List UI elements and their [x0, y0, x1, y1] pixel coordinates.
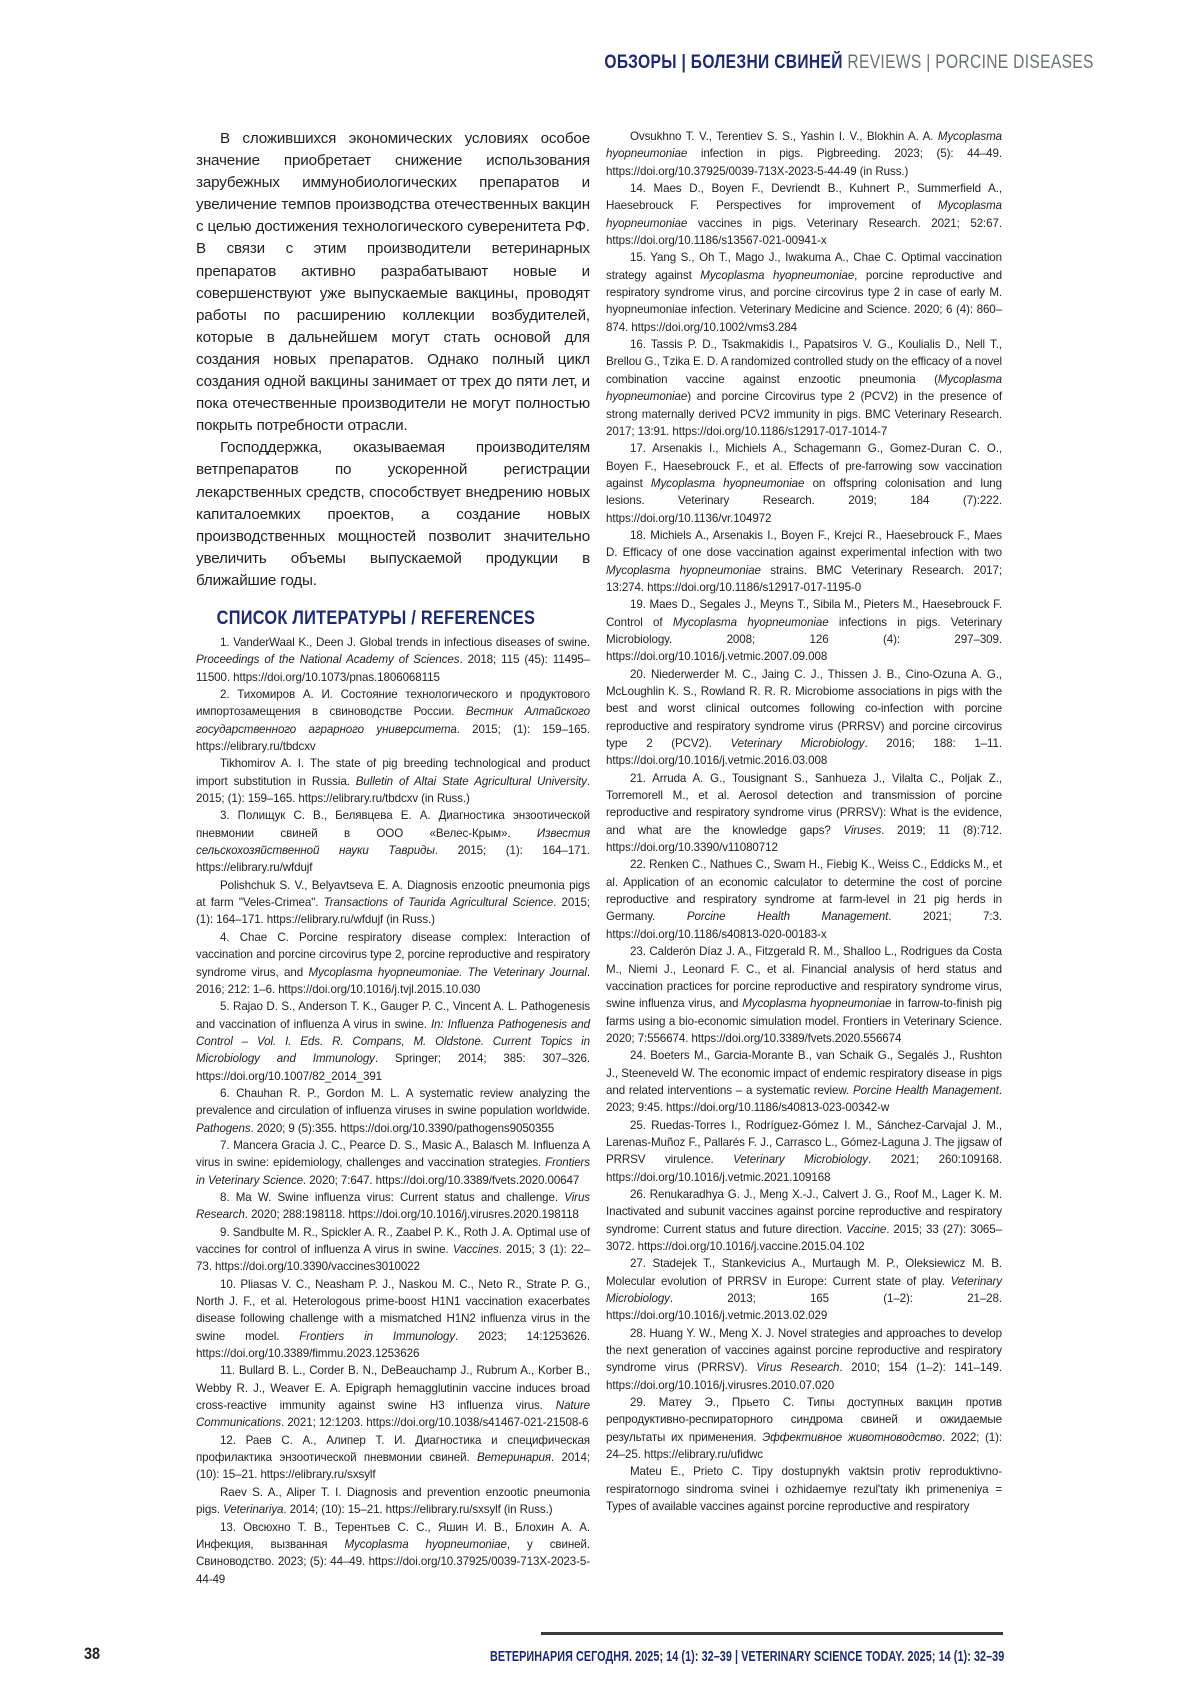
reference-item: 27. Stadejek T., Stankevicius A., Murtau…	[606, 1255, 1002, 1324]
reference-text: 18. Michiels A., Arsenakis I., Boyen F.,…	[606, 529, 1002, 559]
reference-source: Transactions of Taurida Agricultural Sci…	[324, 896, 553, 909]
reference-item: 22. Renken C., Nathues C., Swam H., Fieb…	[606, 856, 1002, 943]
reference-source: Viruses	[843, 824, 881, 837]
reference-item: Raev S. A., Aliper T. I. Diagnosis and p…	[196, 1484, 590, 1519]
reference-source: Veterinariya	[223, 1503, 283, 1516]
reference-source: Mycoplasma hyopneumoniae. The Veterinary…	[308, 966, 586, 979]
footer-divider	[541, 1632, 1003, 1635]
reference-item: 28. Huang Y. W., Meng X. J. Novel strate…	[606, 1325, 1002, 1394]
reference-source: Veterinary Microbiology	[733, 1153, 868, 1166]
reference-source: Vaccines	[453, 1243, 499, 1256]
left-column: В сложившихся экономических условиях осо…	[196, 128, 590, 1588]
reference-item: 11. Bullard B. L., Corder B. N., DeBeauc…	[196, 1362, 590, 1431]
page-number: 38	[84, 1644, 100, 1664]
reference-source: Mycoplasma hyopneumoniae	[700, 269, 854, 282]
journal-citation: ВЕТЕРИНАРИЯ СЕГОДНЯ. 2025; 14 (1): 32–39…	[490, 1648, 1004, 1665]
reference-item: Mateu E., Prieto C. Tipy dostupnykh vakt…	[606, 1463, 1002, 1515]
reference-source: Mycoplasma hyopneumoniae	[673, 616, 829, 629]
reference-text: 6. Chauhan R. P., Gordon M. L. A systema…	[196, 1087, 590, 1117]
reference-list-right: Ovsukhno T. V., Terentiev S. S., Yashin …	[606, 128, 1002, 1516]
running-head-en: REVIEWS | PORCINE DISEASES	[848, 52, 1094, 73]
reference-details: . 2021; 12:1203. https://doi.org/10.1038…	[281, 1416, 588, 1429]
reference-item: Polishchuk S. V., Belyavtseva E. A. Diag…	[196, 877, 590, 929]
reference-details: . 2020; 288:198118. https://doi.org/10.1…	[245, 1208, 579, 1221]
reference-item: 26. Renukaradhya G. J., Meng X.-J., Calv…	[606, 1186, 1002, 1255]
reference-item: 3. Полищук С. В., Белявцева Е. А. Диагно…	[196, 807, 590, 876]
reference-source: Mycoplasma hyopneumoniae	[742, 997, 891, 1010]
reference-text: Ovsukhno T. V., Terentiev S. S., Yashin …	[630, 130, 938, 143]
reference-source: Mycoplasma hyopneumoniae	[345, 1538, 507, 1551]
reference-item: 4. Chae C. Porcine respiratory disease c…	[196, 929, 590, 998]
reference-text: 27. Stadejek T., Stankevicius A., Murtau…	[606, 1257, 1002, 1287]
running-head: ОБЗОРЫ | БОЛЕЗНИ СВИНЕЙ REVIEWS | PORCIN…	[605, 52, 1094, 74]
reference-source: Vaccine	[846, 1223, 886, 1236]
reference-item: 24. Boeters M., Garcia-Morante B., van S…	[606, 1047, 1002, 1116]
reference-details: . 2014; (10): 15–21. https://elibrary.ru…	[283, 1503, 552, 1516]
reference-item: 20. Niederwerder M. C., Jaing C. J., Thi…	[606, 666, 1002, 770]
reference-item: 2. Тихомиров А. И. Состояние технологиче…	[196, 686, 590, 755]
reference-item: 6. Chauhan R. P., Gordon M. L. A systema…	[196, 1085, 590, 1137]
reference-list-left: 1. VanderWaal K., Deen J. Global trends …	[196, 634, 590, 1588]
reference-item: 29. Матеу Э., Прьето С. Типы доступных в…	[606, 1394, 1002, 1463]
reference-details: . 2020; 7:647. https://doi.org/10.3389/f…	[303, 1174, 579, 1187]
reference-item: 12. Раев С. А., Алипер Т. И. Диагностика…	[196, 1432, 590, 1484]
reference-item: 9. Sandbulte M. R., Spickler A. R., Zaab…	[196, 1224, 590, 1276]
reference-source: Эффективное животноводство	[762, 1431, 942, 1444]
reference-text: 3. Полищук С. В., Белявцева Е. А. Диагно…	[196, 809, 590, 839]
reference-text: Mateu E., Prieto C. Tipy dostupnykh vakt…	[606, 1465, 1002, 1513]
reference-source: Pathogens	[196, 1122, 251, 1135]
reference-item: Ovsukhno T. V., Terentiev S. S., Yashin …	[606, 128, 1002, 180]
reference-source: Proceedings of the National Academy of S…	[196, 653, 459, 666]
reference-item: 10. Pliasas V. C., Neasham P. J., Naskou…	[196, 1276, 590, 1363]
reference-source: Frontiers in Immunology	[299, 1330, 455, 1343]
reference-item: 16. Tassis P. D., Tsakmakidis I., Papats…	[606, 336, 1002, 440]
body-paragraph: Господдержка, оказываемая производителям…	[196, 437, 590, 592]
reference-source: Porcine Health Management	[853, 1084, 999, 1097]
references-heading: СПИСОК ЛИТЕРАТУРЫ / REFERENCES	[196, 608, 535, 630]
body-text: В сложившихся экономических условиях осо…	[196, 128, 590, 592]
running-head-ru: ОБЗОРЫ | БОЛЕЗНИ СВИНЕЙ	[605, 52, 843, 73]
reference-item: 1. VanderWaal K., Deen J. Global trends …	[196, 634, 590, 686]
reference-source: Mycoplasma hyopneumoniae	[651, 477, 804, 490]
reference-item: 14. Maes D., Boyen F., Devriendt B., Kuh…	[606, 180, 1002, 249]
reference-item: 19. Maes D., Segales J., Meyns T., Sibil…	[606, 596, 1002, 665]
reference-source: Porcine Health Management	[687, 910, 888, 923]
reference-item: 15. Yang S., Oh T., Mago J., Iwakuma A.,…	[606, 249, 1002, 336]
right-column: Ovsukhno T. V., Terentiev S. S., Yashin …	[606, 128, 1002, 1516]
reference-item: 5. Rajao D. S., Anderson T. K., Gauger P…	[196, 998, 590, 1085]
reference-item: 25. Ruedas-Torres I., Rodríguez-Gómez I.…	[606, 1117, 1002, 1186]
reference-text: 7. Mancera Gracia J. C., Pearce D. S., M…	[196, 1139, 590, 1169]
reference-item: 18. Michiels A., Arsenakis I., Boyen F.,…	[606, 527, 1002, 596]
reference-source: Mycoplasma hyopneumoniae	[606, 564, 761, 577]
reference-source: Ветеринария	[477, 1451, 551, 1464]
reference-text: 8. Ma W. Swine influenza virus: Current …	[220, 1191, 564, 1204]
reference-item: 7. Mancera Gracia J. C., Pearce D. S., M…	[196, 1137, 590, 1189]
reference-source: Bulletin of Altai State Agricultural Uni…	[356, 775, 587, 788]
reference-details: . 2020; 9 (5):355. https://doi.org/10.33…	[251, 1122, 555, 1135]
reference-text: 11. Bullard B. L., Corder B. N., DeBeauc…	[196, 1364, 590, 1412]
reference-item: Tikhomirov A. I. The state of pig breedi…	[196, 755, 590, 807]
reference-item: 17. Arsenakis I., Michiels A., Schageman…	[606, 440, 1002, 527]
reference-text: 1. VanderWaal K., Deen J. Global trends …	[220, 636, 590, 649]
reference-source: Virus Research	[756, 1361, 839, 1374]
reference-item: 13. Овсюхно Т. В., Терентьев С. С., Яшин…	[196, 1519, 590, 1588]
reference-item: 23. Calderón Díaz J. A., Fitzgerald R. M…	[606, 943, 1002, 1047]
body-paragraph: В сложившихся экономических условиях осо…	[196, 128, 590, 437]
reference-item: 21. Arruda A. G., Tousignant S., Sanhuez…	[606, 770, 1002, 857]
reference-source: Veterinary Microbiology	[730, 737, 864, 750]
reference-item: 8. Ma W. Swine influenza virus: Current …	[196, 1189, 590, 1224]
